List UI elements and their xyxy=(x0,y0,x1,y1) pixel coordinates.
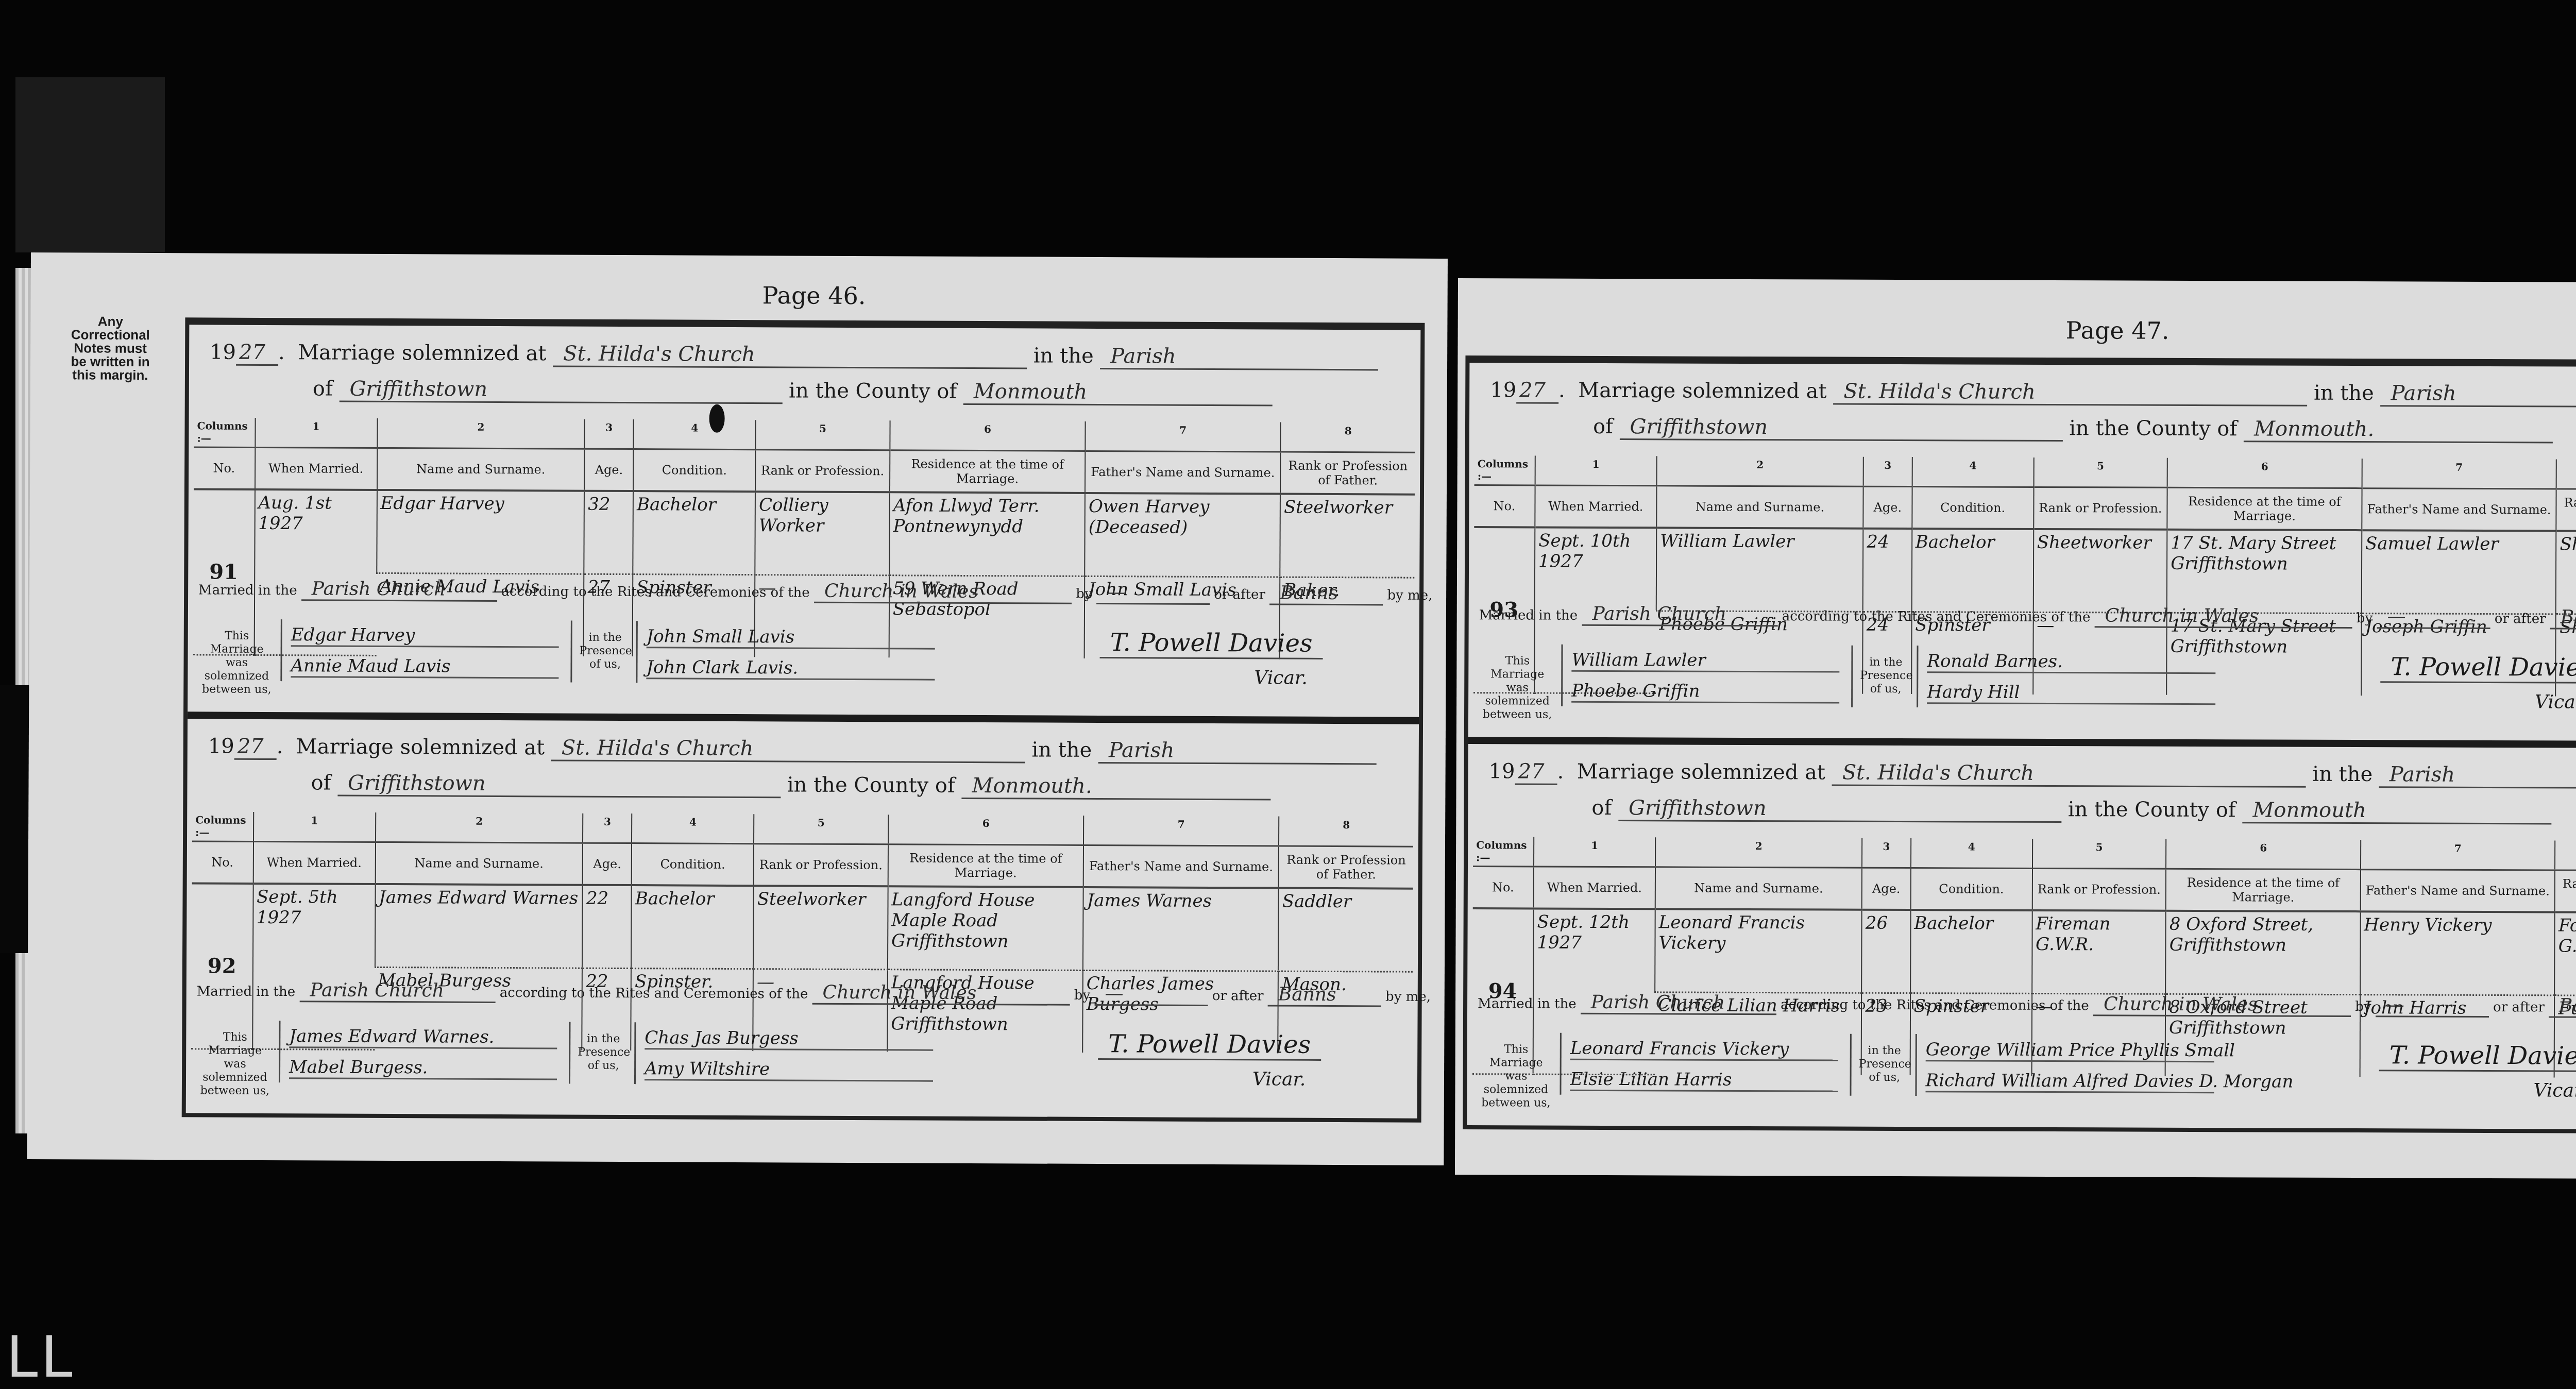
or-after-label: or after xyxy=(2495,611,2546,626)
col-number: 6 xyxy=(2166,839,2361,870)
margin-note: Any Correctional Notes must be written i… xyxy=(66,314,155,382)
married-in-line: Married in the Parish Church according t… xyxy=(197,979,1431,1007)
col-number: 5 xyxy=(754,814,888,844)
married-in-value: Parish Church xyxy=(299,979,495,1003)
entry-footer: Married in the Parish Church according t… xyxy=(1479,603,2576,731)
rites-label: according to the Rites and Ceremonies of… xyxy=(500,985,808,1002)
header-condition: Condition. xyxy=(632,843,754,886)
signature-block: This Marriage was solemnized between us,… xyxy=(198,619,1409,701)
witness-bracket xyxy=(634,1022,636,1084)
groom-row: 92 Sept. 5th 1927 James Edward Warnes 22… xyxy=(192,883,1413,972)
groom-profession: Fireman G.W.R. xyxy=(2032,910,2166,994)
county-label: in the County of xyxy=(789,379,957,403)
married-in-label: Married in the xyxy=(1478,996,1577,1012)
by-me-label: by me, xyxy=(1387,587,1432,603)
header-age: Age. xyxy=(1863,486,1912,529)
rites-label: according to the Rites and Ceremonies of… xyxy=(1781,997,2089,1013)
year-prefix: 19 xyxy=(208,735,234,758)
witness-bracket xyxy=(1917,646,1918,707)
officiant-title: Vicar. xyxy=(2535,691,2576,713)
groom-father: Owen Harvey (Deceased) xyxy=(1084,493,1280,577)
rites-value: Church in Wales xyxy=(812,982,1070,1006)
col-number: 1 xyxy=(1534,837,1655,867)
groom-name: Leonard Francis Vickery xyxy=(1655,909,1862,993)
groom-signature: James Edward Warnes. xyxy=(289,1026,557,1049)
col-number: 8 xyxy=(2555,840,2576,870)
year-prefix: 19 xyxy=(1490,378,1516,402)
header-no: No. xyxy=(1474,485,1535,528)
entry-header: 1927. Marriage solemnized at St. Hilda's… xyxy=(187,719,1419,817)
entry-header: 1927. Marriage solemnized at St. Hilda's… xyxy=(1469,363,2576,460)
groom-age: 22 xyxy=(582,885,632,969)
col-number: 2 xyxy=(1657,456,1863,486)
church-name: St. Hilda's Church xyxy=(1832,761,2306,788)
column-headers-row: No. When Married. Name and Surname. Age.… xyxy=(1473,867,2576,913)
header-father-profession: Rank or Profession of Father. xyxy=(2555,870,2576,912)
in-presence-label: in the Presence of us, xyxy=(1860,656,1911,696)
witness-signature: Richard William Alfred Davies D. Morgan xyxy=(1925,1070,2214,1093)
county-name: Monmouth xyxy=(963,380,1273,406)
col-number: 6 xyxy=(2167,458,2362,488)
married-in-line: Married in the Parish Church according t… xyxy=(198,578,1432,605)
signature-block: This Marriage was solemnized between us,… xyxy=(1479,644,2576,725)
in-the-label: in the xyxy=(2314,381,2374,405)
page-title: Page 47. xyxy=(2066,316,2170,345)
by-label: by xyxy=(1076,586,1092,602)
marriage-entry: 1927. Marriage solemnized at St. Hilda's… xyxy=(188,325,1420,724)
entry-footer: Married in the Parish Church according t… xyxy=(198,578,1409,706)
year-prefix: 19 xyxy=(210,341,236,364)
parish: Parish xyxy=(1098,738,1377,765)
groom-profession: Colliery Worker xyxy=(755,492,889,575)
column-headers-row: No. When Married. Name and Surname. Age.… xyxy=(194,447,1415,495)
scan-background-strip xyxy=(15,77,165,252)
witness-signature: Hardy Hill xyxy=(1927,682,2215,705)
col-number: 5 xyxy=(2032,839,2166,869)
married-in-label: Married in the xyxy=(1479,607,1578,623)
groom-residence: Langford House Maple Road Griffithstown xyxy=(888,886,1083,970)
column-headers-row: No. When Married. Name and Surname. Age.… xyxy=(192,841,1413,889)
solemnized-label: Marriage solemnized at xyxy=(296,735,545,759)
header-age: Age. xyxy=(583,843,632,885)
solemnized-between-label: This Marriage was solemnized between us, xyxy=(1477,1043,1554,1110)
entry-header: 1927. Marriage solemnized at St. Hilda's… xyxy=(189,325,1421,422)
header-no: No. xyxy=(1473,867,1534,909)
married-in-value: Parish Church xyxy=(1581,992,1776,1015)
groom-father-profession: Sheetworker. xyxy=(2556,531,2576,614)
bride-signature: Annie Maud Lavis xyxy=(291,655,558,679)
year-prefix: 19 xyxy=(1489,759,1515,783)
header-condition: Condition. xyxy=(1910,868,2032,910)
col-number: 4 xyxy=(1912,457,2033,487)
col-number: 1 xyxy=(255,418,377,448)
married-in-label: Married in the xyxy=(198,582,297,598)
header-name: Name and Surname. xyxy=(377,448,584,490)
groom-age: 32 xyxy=(584,491,634,574)
register-frame: 1927. Marriage solemnized at St. Hilda's… xyxy=(182,317,1425,1122)
columns-label: Columns :— xyxy=(1473,837,1534,867)
witness-signature: John Clark Lavis. xyxy=(646,657,935,680)
archive-label: LL xyxy=(6,1324,76,1389)
in-the-label: in the xyxy=(1031,738,1092,762)
column-numbers-row: Columns :— 1 2 3 4 5 6 7 8 xyxy=(194,417,1415,452)
groom-signature: Edgar Harvey xyxy=(291,624,559,648)
bride-signature: Phoebe Griffin xyxy=(1571,681,1839,704)
groom-father-profession: Steelworker xyxy=(1280,494,1415,578)
header-when-married: When Married. xyxy=(1535,485,1656,528)
church-name: St. Hilda's Church xyxy=(551,736,1025,763)
in-the-label: in the xyxy=(1033,344,1094,368)
after-value: Banns xyxy=(1268,984,1381,1007)
col-number: 5 xyxy=(2033,458,2167,487)
groom-name: William Lawler xyxy=(1656,528,1863,612)
header-no: No. xyxy=(192,841,253,884)
col-number: 3 xyxy=(1862,838,1911,868)
groom-profession: Steelworker xyxy=(753,886,888,970)
groom-row: 91 Aug. 1st 1927 Edgar Harvey 32 Bachelo… xyxy=(193,489,1415,578)
place-name: Griffithstown xyxy=(1618,796,2061,823)
header-father-name: Father's Name and Surname. xyxy=(2360,870,2555,912)
signature-block: This Marriage was solemnized between us,… xyxy=(196,1020,1408,1103)
groom-father: James Warnes xyxy=(1083,887,1279,971)
col-number: 4 xyxy=(634,419,756,450)
header-age: Age. xyxy=(584,449,633,491)
header-father-name: Father's Name and Surname. xyxy=(2362,488,2556,531)
witness-signature: George William Price Phyllis Small xyxy=(1926,1039,2214,1062)
officiant-signature: T. Powell Davies xyxy=(2380,652,2576,684)
header-father-name: Father's Name and Surname. xyxy=(1083,845,1279,888)
groom-profession: Sheetworker xyxy=(2033,529,2167,613)
col-number: 7 xyxy=(1083,816,1279,846)
entry-header: 1927. Marriage solemnized at St. Hilda's… xyxy=(1468,744,2576,841)
groom-father: Henry Vickery xyxy=(2360,911,2555,995)
parish: Parish xyxy=(2379,763,2576,789)
groom-name: Edgar Harvey xyxy=(377,490,585,574)
entry-footer: Married in the Parish Church according t… xyxy=(196,979,1408,1108)
groom-signature: William Lawler xyxy=(1571,650,1839,673)
church-name: St. Hilda's Church xyxy=(1833,380,2307,406)
marriage-entry: 1927. Marriage solemnized at St. Hilda's… xyxy=(186,719,1419,1118)
by-value: — xyxy=(1096,582,1210,605)
header-father-profession: Rank or Profession of Father. xyxy=(1280,452,1415,495)
by-label: by xyxy=(1074,988,1090,1003)
signature-block: This Marriage was solemnized between us,… xyxy=(1477,1032,2576,1114)
header-profession: Rank or Profession. xyxy=(755,450,890,493)
col-number: 3 xyxy=(585,419,634,449)
place-name: Griffithstown xyxy=(339,377,782,404)
register-page-46: Page 46. Any Correctional Notes must be … xyxy=(27,252,1448,1165)
officiant-title: Vicar. xyxy=(2533,1080,2576,1101)
year-suffix: 27 xyxy=(234,735,277,760)
rites-label: according to the Rites and Ceremonies of… xyxy=(1782,608,2091,625)
marriage-entry: 1927. Marriage solemnized at St. Hilda's… xyxy=(1467,744,2576,1129)
header-father-profession: Rank or Profession of Father. xyxy=(2556,489,2576,531)
rites-value: Church in Wales xyxy=(2095,605,2352,629)
groom-age: 26 xyxy=(1861,910,1910,993)
col-number: 3 xyxy=(583,814,632,843)
county-label: in the County of xyxy=(787,773,955,797)
witness-signature: John Small Lavis xyxy=(647,626,935,649)
witness-signature: Chas Jas Burgess xyxy=(645,1027,933,1051)
column-numbers-row: Columns :— 1 2 3 4 5 6 7 8 xyxy=(1473,837,2576,871)
county-name: Monmouth. xyxy=(2244,417,2553,443)
groom-condition: Bachelor xyxy=(633,491,755,575)
groom-residence: 8 Oxford Street, Griffithstown xyxy=(2165,911,2360,995)
groom-condition: Bachelor xyxy=(1911,529,2033,612)
place-name: Griffithstown xyxy=(337,771,781,799)
header-name: Name and Surname. xyxy=(375,842,583,885)
officiant-signature: T. Powell Davies xyxy=(1100,628,1323,659)
col-number: 1 xyxy=(253,812,376,842)
parish: Parish xyxy=(2380,381,2576,408)
parish: Parish xyxy=(1100,344,1378,370)
married-in-line: Married in the Parish Church according t… xyxy=(1478,991,2576,1018)
county-label: in the County of xyxy=(2069,416,2237,441)
or-after-label: or after xyxy=(1212,988,1264,1004)
solemnized-label: Marriage solemnized at xyxy=(298,341,546,365)
officiant-title: Vicar. xyxy=(1252,1069,1306,1090)
header-condition: Condition. xyxy=(633,449,755,492)
groom-row: 94 Sept. 12th 1927 Leonard Francis Vicke… xyxy=(1472,908,2576,996)
groom-signature: Leonard Francis Vickery xyxy=(1570,1038,1838,1061)
witness-bracket xyxy=(636,621,638,683)
column-headers-row: No. When Married. Name and Surname. Age.… xyxy=(1474,485,2576,532)
col-number: 8 xyxy=(1281,422,1415,453)
after-value: Banns xyxy=(1269,582,1383,605)
header-father-profession: Rank or Profession of Father. xyxy=(1279,846,1413,889)
col-number: 8 xyxy=(1279,817,1413,847)
year-suffix: 27 xyxy=(1516,378,1558,403)
married-in-label: Married in the xyxy=(197,984,296,1000)
by-value: — xyxy=(2376,994,2489,1018)
groom-father-profession: Saddler xyxy=(1278,888,1413,972)
col-number: 1 xyxy=(1535,456,1657,486)
by-value: — xyxy=(1094,983,1208,1006)
groom-name: James Edward Warnes xyxy=(375,884,583,968)
header-profession: Rank or Profession. xyxy=(754,844,888,887)
or-after-label: or after xyxy=(2493,1000,2545,1015)
ink-blot xyxy=(709,404,724,433)
married-in-value: Parish Church xyxy=(301,578,497,602)
col-number: 5 xyxy=(756,420,890,450)
by-value: — xyxy=(2377,606,2490,629)
year-suffix: 27 xyxy=(236,341,278,366)
column-numbers-row: Columns :— 1 2 3 4 5 6 7 8 xyxy=(1475,455,2576,489)
col-number: 2 xyxy=(377,418,585,449)
solemnized-between-label: This Marriage was solemnized between us, xyxy=(1479,654,1556,722)
header-when-married: When Married. xyxy=(1534,867,1655,909)
county-label: in the County of xyxy=(2068,798,2236,822)
rites-label: according to the Rites and Ceremonies of… xyxy=(501,584,810,601)
col-number: 7 xyxy=(1085,421,1280,452)
header-residence: Residence at the time of Marriage. xyxy=(888,844,1084,887)
column-numbers-row: Columns :— 1 2 3 4 5 6 7 8 xyxy=(192,811,1413,846)
header-profession: Rank or Profession. xyxy=(2033,487,2167,529)
groom-condition: Bachelor xyxy=(631,885,754,969)
header-residence: Residence at the time of Marriage. xyxy=(2167,487,2362,530)
groom-condition: Bachelor xyxy=(1910,910,2032,993)
in-the-label: in the xyxy=(2312,763,2372,786)
or-after-label: or after xyxy=(1214,587,1265,602)
header-residence: Residence at the time of Marriage. xyxy=(2166,869,2361,911)
header-condition: Condition. xyxy=(1912,487,2033,529)
col-number: 6 xyxy=(890,420,1085,451)
columns-label: Columns :— xyxy=(192,811,253,841)
groom-father-profession: Foreman G.W.R. xyxy=(2555,912,2576,995)
officiant-title: Vicar. xyxy=(1254,667,1307,688)
entry-footer: Married in the Parish Church according t… xyxy=(1477,991,2576,1119)
header-age: Age. xyxy=(1862,868,1911,910)
header-residence: Residence at the time of Marriage. xyxy=(890,450,1086,493)
col-number: 6 xyxy=(888,815,1083,845)
officiant-signature: T. Powell Davies xyxy=(2379,1041,2576,1072)
register-page-47: Page 47. Any Correctional Notes must be … xyxy=(1455,278,2576,1179)
in-presence-label: in the Presence of us, xyxy=(578,1032,629,1073)
groom-age: 24 xyxy=(1863,529,1912,612)
header-father-name: Father's Name and Surname. xyxy=(1085,451,1281,494)
place-name: Griffithstown xyxy=(1620,415,2063,442)
marriage-entry: 1927. Marriage solemnized at St. Hilda's… xyxy=(1468,363,2576,748)
groom-father: Samuel Lawler xyxy=(2362,530,2556,614)
solemnized-between-label: This Marriage was solemnized between us, xyxy=(196,1030,274,1098)
header-when-married: When Married. xyxy=(253,841,375,884)
register-frame: 1927. Marriage solemnized at St. Hilda's… xyxy=(1463,355,2576,1133)
solemnized-label: Marriage solemnized at xyxy=(1578,379,1826,403)
solemnized-label: Marriage solemnized at xyxy=(1577,760,1825,785)
header-name: Name and Surname. xyxy=(1656,486,1863,529)
by-me-label: by me, xyxy=(1385,989,1431,1004)
col-number: 7 xyxy=(2361,840,2555,870)
in-presence-label: in the Presence of us, xyxy=(1859,1044,1910,1085)
page-title: Page 46. xyxy=(762,281,866,310)
witness-bracket xyxy=(1915,1034,1917,1096)
after-value: Banns xyxy=(2549,995,2576,1018)
header-name: Name and Surname. xyxy=(1655,867,1862,910)
witness-signature: Ronald Barnes. xyxy=(1927,651,2215,674)
rites-value: Church in Wales xyxy=(2093,993,2351,1017)
solemnized-between-label: This Marriage was solemnized between us, xyxy=(198,629,276,697)
witness-signature: Amy Wiltshire xyxy=(645,1058,933,1081)
header-no: No. xyxy=(194,447,255,489)
of-label: of xyxy=(313,377,333,400)
groom-row: 93 Sept. 10th 1927 William Lawler 24 Bac… xyxy=(1474,527,2576,615)
of-label: of xyxy=(1591,796,1612,820)
col-number: 4 xyxy=(1911,838,2032,868)
county-name: Monmouth. xyxy=(961,774,1270,801)
columns-label: Columns :— xyxy=(1475,455,1535,485)
county-name: Monmouth xyxy=(2242,798,2551,824)
col-number: 8 xyxy=(2556,459,2576,489)
col-number: 2 xyxy=(376,812,583,843)
col-number: 3 xyxy=(1863,457,1912,487)
church-name: St. Hilda's Church xyxy=(553,342,1027,369)
header-when-married: When Married. xyxy=(255,447,377,490)
by-label: by xyxy=(2355,999,2371,1014)
bride-signature: Mabel Burgess. xyxy=(289,1057,557,1080)
col-number: 4 xyxy=(632,814,754,844)
columns-label: Columns :— xyxy=(194,417,255,447)
officiant-signature: T. Powell Davies xyxy=(1098,1029,1321,1061)
after-value: Banns xyxy=(2550,606,2576,630)
col-number: 7 xyxy=(2362,459,2556,489)
of-label: of xyxy=(311,771,331,794)
header-profession: Rank or Profession. xyxy=(2032,868,2166,910)
by-label: by xyxy=(2357,611,2372,626)
married-in-line: Married in the Parish Church according t… xyxy=(1479,603,2576,630)
married-in-value: Parish Church xyxy=(1582,603,1777,626)
of-label: of xyxy=(1593,415,1613,438)
rites-value: Church in Wales xyxy=(814,581,1072,604)
col-number: 2 xyxy=(1655,837,1862,868)
bride-signature: Elsie Lilian Harris xyxy=(1570,1069,1838,1092)
groom-residence: 17 St. Mary Street Griffithstown xyxy=(2167,530,2362,614)
year-suffix: 27 xyxy=(1515,759,1557,785)
groom-residence: Afon Llwyd Terr. Pontnewynydd xyxy=(889,492,1085,576)
in-presence-label: in the Presence of us, xyxy=(579,631,631,671)
